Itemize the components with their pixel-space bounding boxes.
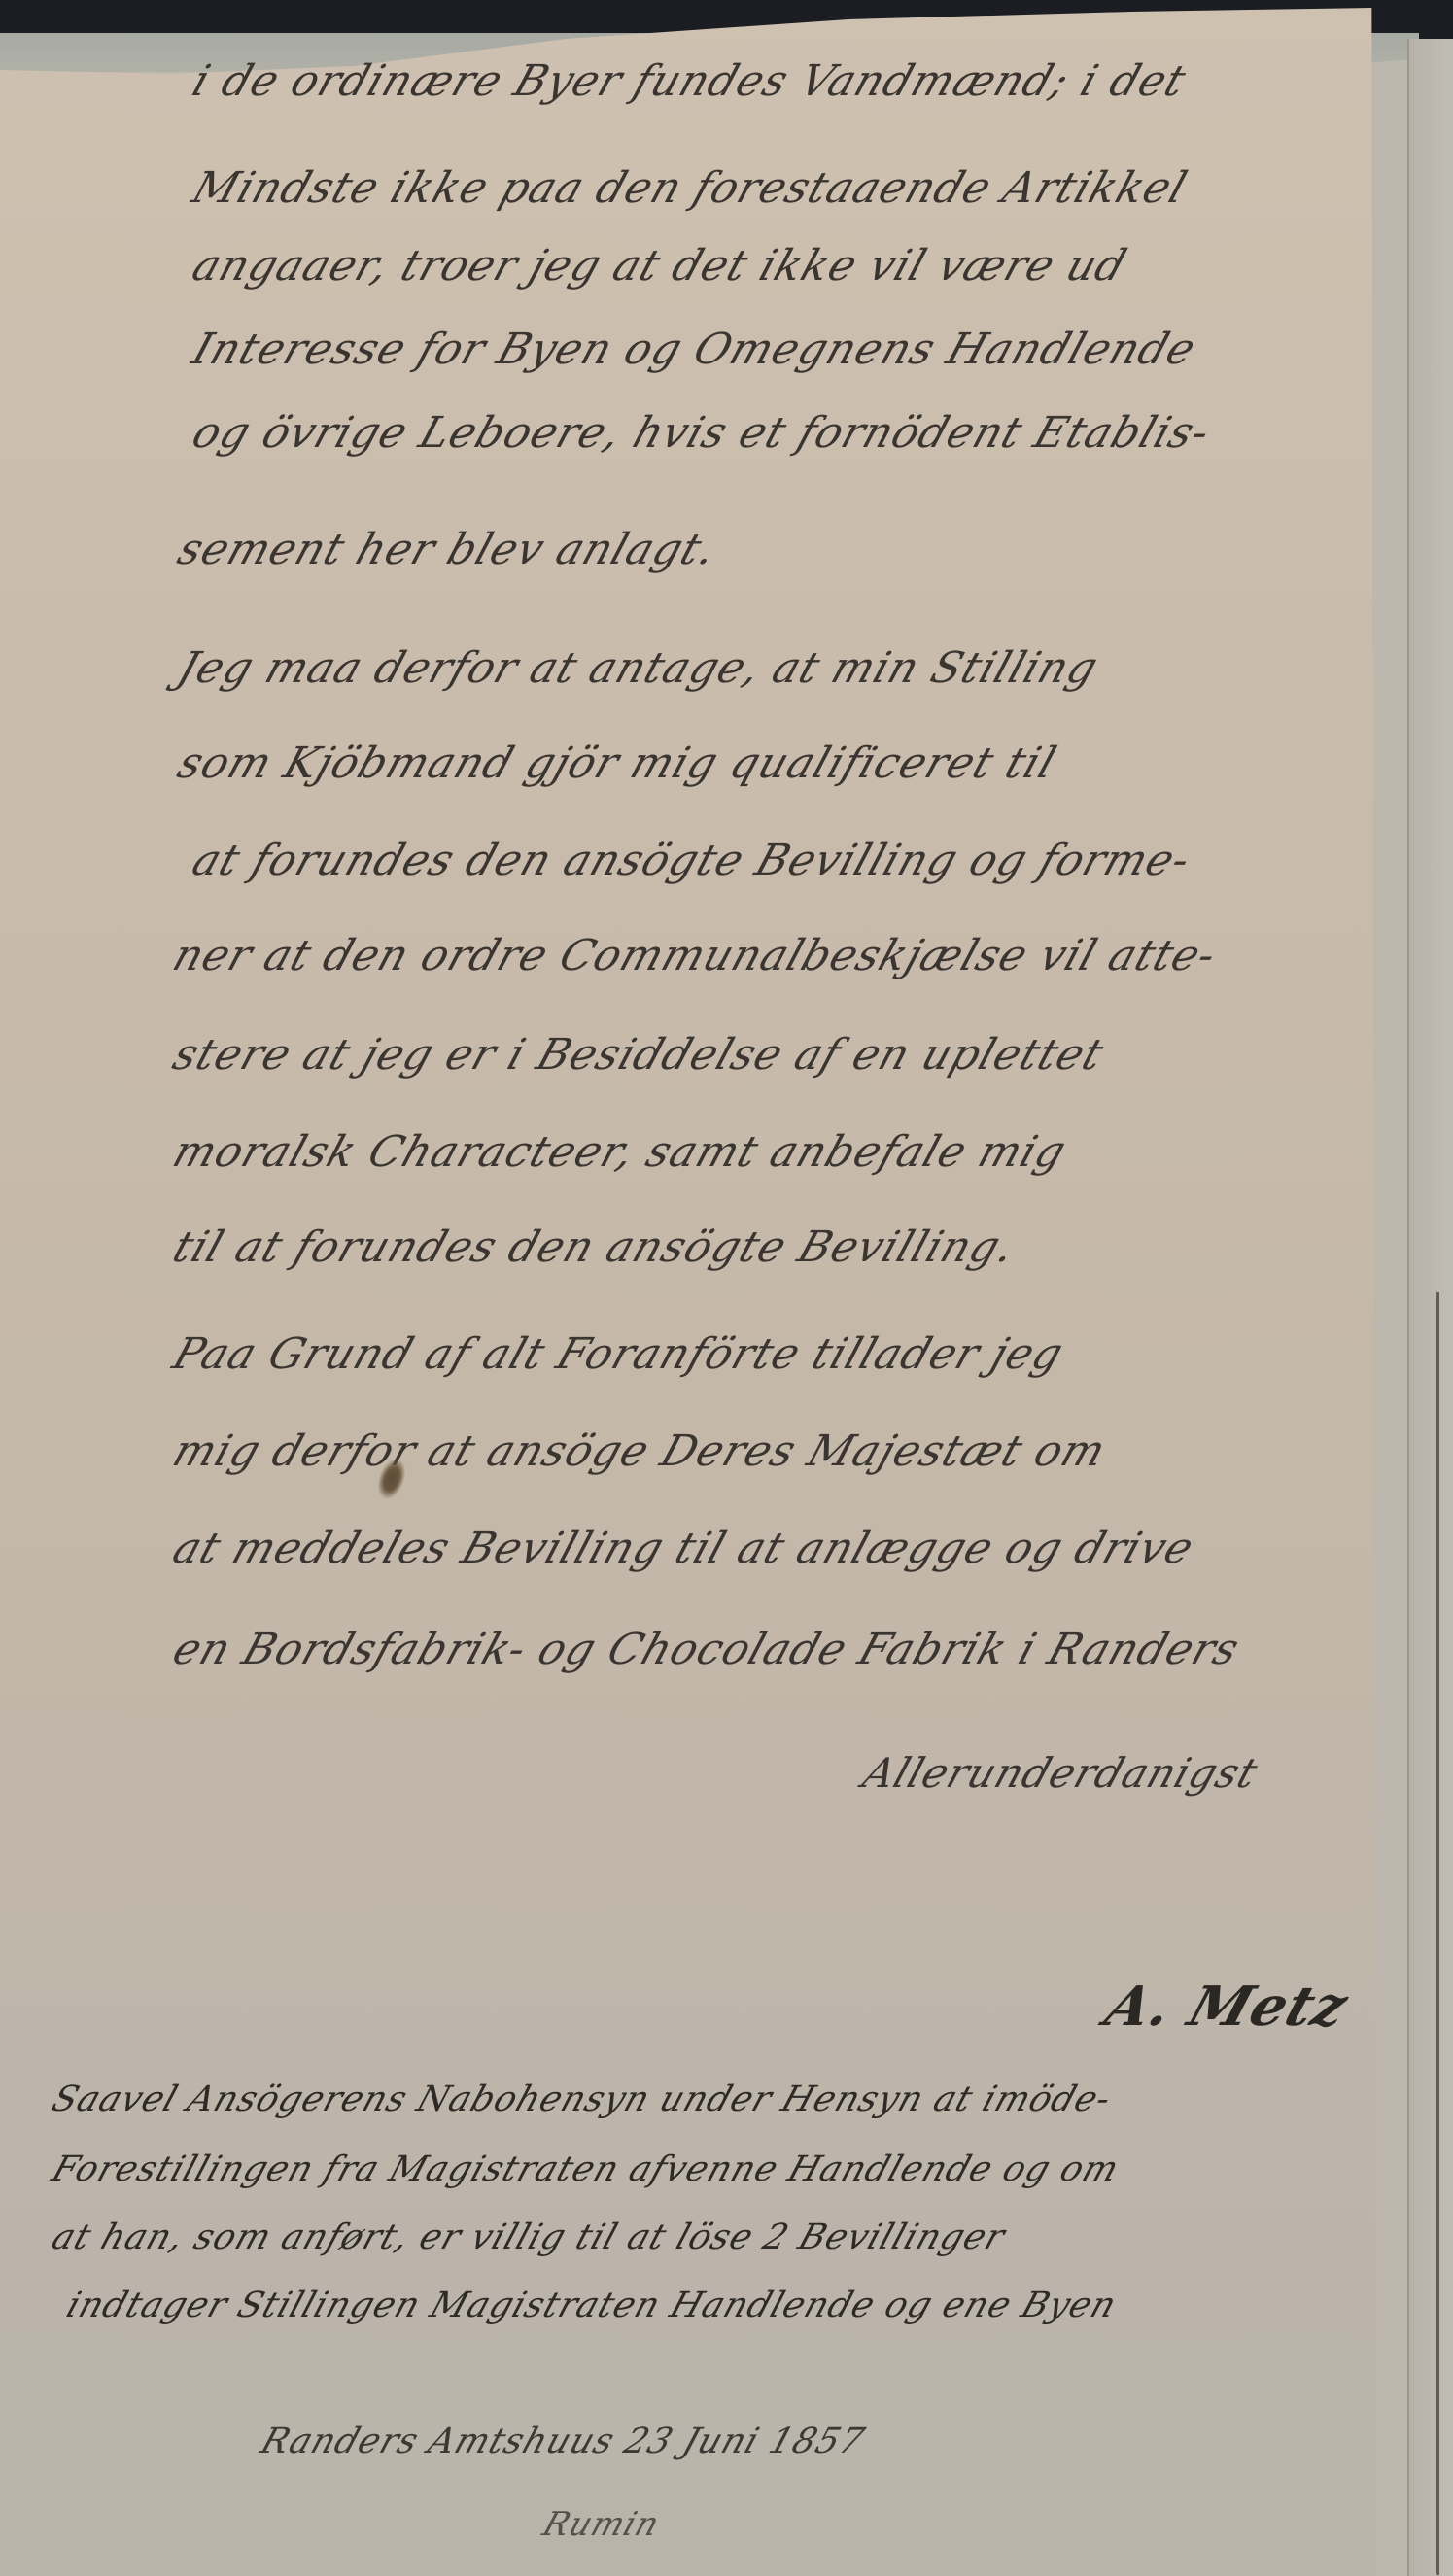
closing-phrase: Allerunderdanigst: [857, 1749, 1264, 1797]
handwritten-line: Jeg maa derfor at antage, at min Stillin…: [172, 643, 1105, 693]
handwritten-line: sement her blev anlagt.: [172, 525, 723, 574]
handwritten-line: en Bordsfabrik- og Chocolade Fabrik i Ra…: [167, 1625, 1246, 1674]
handwritten-line: Mindste ikke paa den forestaaende Artikk…: [187, 163, 1194, 213]
handwritten-line: og övrige Leboere, hvis et fornödent Eta…: [187, 408, 1217, 458]
handwritten-line: mig derfor at ansöge Deres Majestæt om: [167, 1426, 1113, 1476]
handwritten-line: i de ordinære Byer fundes Vandmænd; i de…: [187, 56, 1193, 106]
endorsement-line: at han, som anført, er villig til at lös…: [47, 2217, 1010, 2257]
handwritten-line: angaaer, troer jeg at det ikke vil være …: [187, 241, 1133, 291]
endorsement-line: indtager Stillingen Magistraten Handlend…: [61, 2285, 1122, 2325]
date-line: Randers Amtshuus 23 Juni 1857: [256, 2421, 870, 2461]
handwritten-line: stere at jeg er i Besiddelse af en uplet…: [167, 1030, 1110, 1080]
handwritten-line: moralsk Characteer, samt anbefale mig: [167, 1127, 1073, 1177]
endorsement-line: Saavel Ansögerens Nabohensyn under Hensy…: [47, 2079, 1117, 2119]
adjacent-page-edge: [1407, 39, 1453, 2576]
endorsement-line: Forestillingen fra Magistraten afvenne H…: [47, 2149, 1124, 2189]
handwritten-line: Paa Grund af alt Foranförte tillader jeg: [167, 1329, 1070, 1379]
handwritten-line: Interesse for Byen og Omegnens Handlende: [187, 325, 1202, 374]
handwritten-line: at forundes den ansögte Bevilling og for…: [187, 836, 1197, 885]
official-initials: Rumin: [538, 2505, 666, 2544]
handwritten-letter-page: [0, 0, 1414, 2576]
page-edge-shadow: [1436, 1292, 1439, 2575]
handwritten-line: ner at den ordre Communalbeskjælse vil a…: [167, 931, 1223, 980]
signature: A. Metz: [1097, 1975, 1356, 2039]
handwritten-line: som Kjöbmand gjör mig qualificeret til: [172, 738, 1063, 788]
handwritten-line: til at forundes den ansögte Bevilling.: [167, 1222, 1022, 1272]
handwritten-line: at meddeles Bevilling til at anlægge og …: [167, 1524, 1200, 1573]
